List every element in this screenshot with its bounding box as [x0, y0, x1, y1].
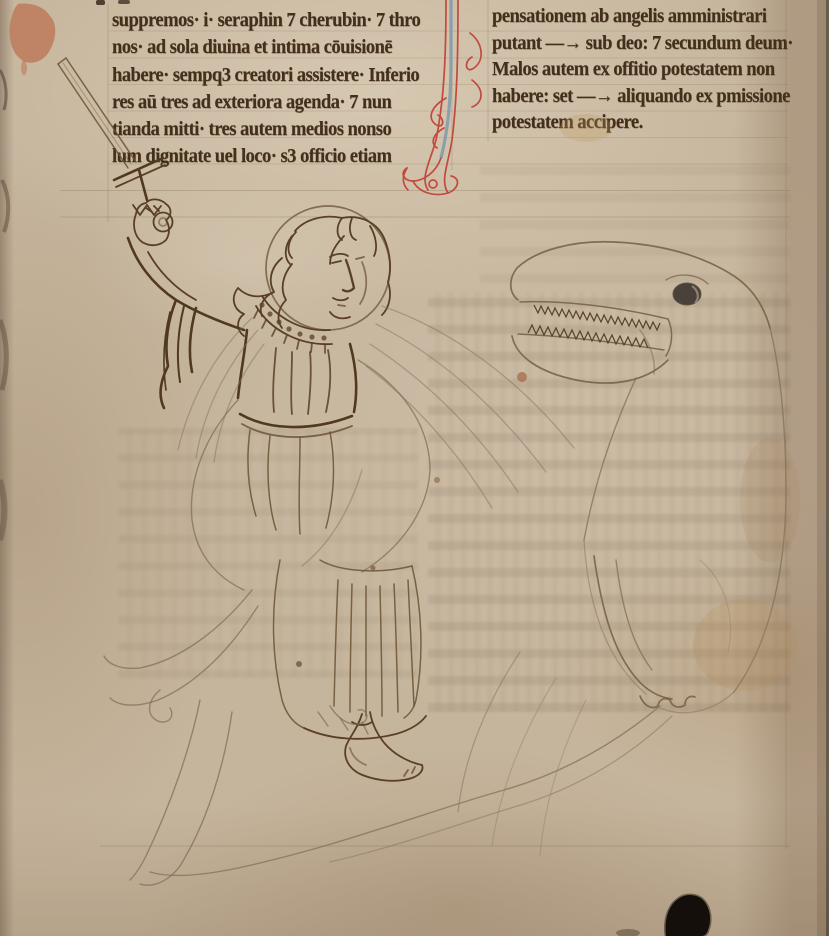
halo [266, 206, 390, 330]
parchment-hole [666, 895, 711, 936]
pleated-skirt [274, 560, 427, 739]
raised-arm-and-fist [128, 199, 244, 408]
dragon-tail [150, 652, 672, 875]
dragon-head [511, 242, 770, 383]
sword-blade [58, 64, 128, 168]
ruling-lines [60, 0, 790, 850]
illustration-layer [0, 0, 829, 936]
mantle-sweeps [191, 360, 430, 590]
dragon-eye [673, 283, 701, 305]
red-stain-top-left [10, 4, 56, 63]
beaded-collar [254, 296, 332, 353]
hanging-sleeve [161, 300, 196, 408]
left-edge-tatters [0, 70, 8, 540]
manuscript-page: suppremos· i· seraphin 7 cherubin· 7 thr… [0, 0, 829, 936]
angel-face [330, 236, 366, 318]
sword [58, 58, 173, 232]
archangel-figure [58, 58, 574, 885]
bare-foot [345, 712, 422, 781]
drapery-tails [104, 590, 258, 885]
marginal-drawing [58, 58, 786, 885]
cuff-zigzag [133, 205, 161, 215]
stains [0, 0, 800, 936]
dragon-foreleg [594, 556, 695, 708]
flourish-red-pen [403, 0, 481, 195]
initial-flourish [403, 0, 481, 195]
dragon-teeth [528, 305, 660, 348]
robe-folds [238, 330, 356, 534]
wings [178, 306, 574, 508]
